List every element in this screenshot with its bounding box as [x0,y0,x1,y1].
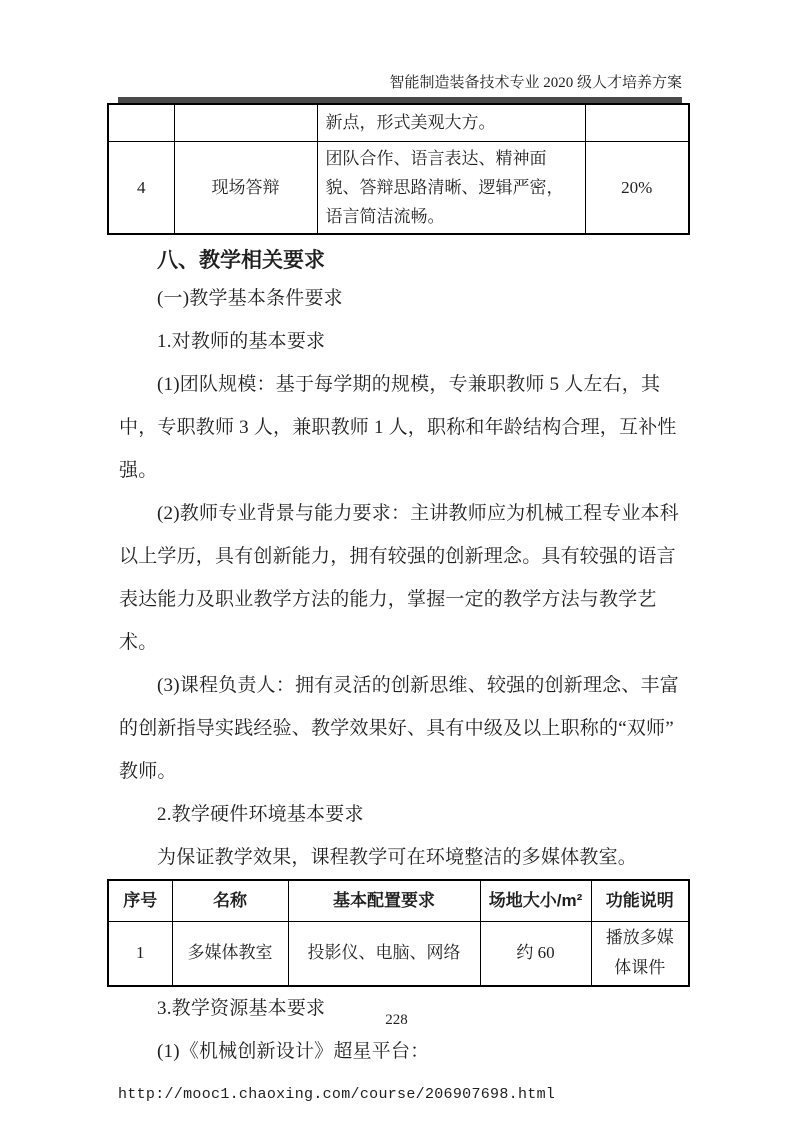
paragraph: (1)团队规模：基于每学期的规模，专兼职教师 5 人左右，其中，专职教师 3 人… [119,363,688,492]
header-cell-function: 功能说明 [591,880,689,922]
cell-function: 播放多媒体课件 [591,922,689,986]
paragraph: (1)《机械创新设计》超星平台： [119,1030,688,1073]
section-heading: 八、教学相关要求 [119,245,688,277]
table-row: 新点，形式美观大方。 [108,104,689,141]
facility-table: 序号 名称 基本配置要求 场地大小/m² 功能说明 1 多媒体教室 投影仪、电脑… [107,879,690,987]
page-content: 智能制造装备技术专业 2020 级人才培养方案 新点，形式美观大方。 4 现场答… [107,0,688,1116]
course-url: http://mooc1.chaoxing.com/course/2069076… [118,1073,688,1116]
header-cell-seq: 序号 [108,880,172,922]
cell-desc: 团队合作、语言表达、精神面貌、答辩思路清晰、逻辑严密，语言简洁流畅。 [317,141,585,234]
paragraph: (2)教师专业背景与能力要求：主讲教师应为机械工程专业本科以上学历，具有创新能力… [119,492,688,664]
page-header: 智能制造装备技术专业 2020 级人才培养方案 [107,74,688,93]
table-row: 1 多媒体教室 投影仪、电脑、网络 约 60 播放多媒体课件 [108,922,689,986]
evaluation-table: 新点，形式美观大方。 4 现场答辩 团队合作、语言表达、精神面貌、答辩思路清晰、… [107,103,690,235]
header-cell-config: 基本配置要求 [288,880,480,922]
cell-seq: 4 [108,141,174,234]
document-page: 智能制造装备技术专业 2020 级人才培养方案 新点，形式美观大方。 4 现场答… [0,0,793,1122]
cell-area: 约 60 [480,922,591,986]
paragraph: (3)课程负责人：拥有灵活的创新思维、较强的创新理念、丰富的创新指导实践经验、教… [119,664,688,793]
header-title: 智能制造装备技术专业 2020 级人才培养方案 [389,75,682,91]
list-item-title: 1.对教师的基本要求 [119,320,688,363]
subsection-title: (一)教学基本条件要求 [119,277,688,320]
list-item-title: 2.教学硬件环境基本要求 [119,793,688,836]
page-number: 228 [0,1011,793,1029]
cell-desc: 新点，形式美观大方。 [317,104,585,141]
cell-item [174,104,317,141]
cell-weight [585,104,689,141]
cell-seq [108,104,174,141]
cell-seq: 1 [108,922,172,986]
table-row: 4 现场答辩 团队合作、语言表达、精神面貌、答辩思路清晰、逻辑严密，语言简洁流畅… [108,141,689,234]
header-cell-area: 场地大小/m² [480,880,591,922]
cell-item: 现场答辩 [174,141,317,234]
paragraph: 为保证教学效果，课程教学可在环境整洁的多媒体教室。 [119,836,688,879]
table-header-row: 序号 名称 基本配置要求 场地大小/m² 功能说明 [108,880,689,922]
header-cell-name: 名称 [172,880,288,922]
cell-name: 多媒体教室 [172,922,288,986]
cell-config: 投影仪、电脑、网络 [288,922,480,986]
cell-weight: 20% [585,141,689,234]
